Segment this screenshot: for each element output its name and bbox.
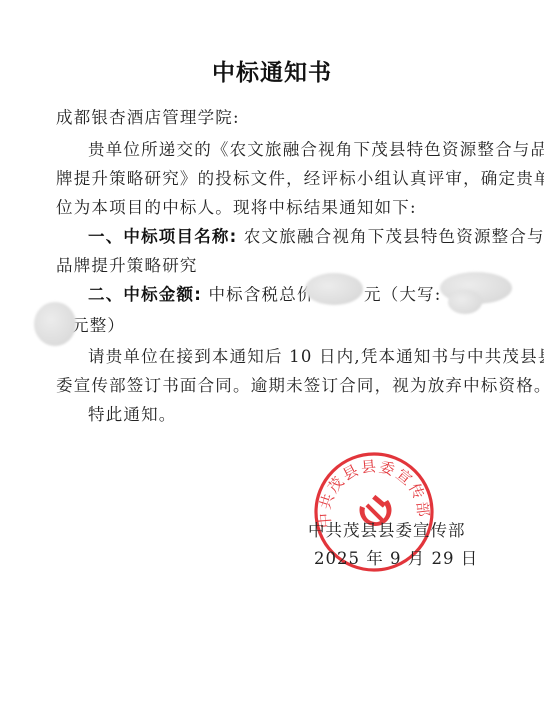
item2-line2: 元整） [72,312,125,336]
item1-label: 一、中标项目名称: [88,227,237,246]
document-title: 中标通知书 [0,54,544,87]
signature-date: 2025 年 9 月 29 日 [314,545,478,569]
paragraph2-line2: 委宣传部签订书面合同。逾期未签订合同，视为放弃中标资格。 [56,372,544,396]
paragraph1-line3: 位为本项目的中标人。现将中标结果通知如下: [56,194,417,218]
signature-organization: 中共茂县县委宣传部 [308,517,466,541]
item2-suffix: 元（大写: [364,281,442,305]
closing-text: 特此通知。 [88,401,177,425]
item2-label: 二、中标金额: [88,285,202,304]
item2-line1: 二、中标金额: 中标含税总价¥ [88,281,326,305]
redaction-blur-amount-words-2 [448,290,482,314]
item1-line1: 一、中标项目名称: 农文旅融合视角下茂县特色资源整合与 [88,223,544,247]
recipient: 成都银杏酒店管理学院: [56,104,240,128]
paragraph2-line1: 请贵单位在接到本通知后 10 日内,凭本通知书与中共茂县县 [88,343,544,367]
item1-value: 农文旅融合视角下茂县特色资源整合与 [237,227,544,246]
item1-line2: 品牌提升策略研究 [56,252,198,276]
redaction-blur-amount-words-3 [34,302,76,346]
paragraph1-line2: 牌提升策略研究》的投标文件，经评标小组认真评审，确定贵单 [56,165,544,189]
redaction-blur-amount [305,273,363,305]
paragraph1-line1: 贵单位所递交的《农文旅融合视角下茂县特色资源整合与品 [88,136,544,160]
